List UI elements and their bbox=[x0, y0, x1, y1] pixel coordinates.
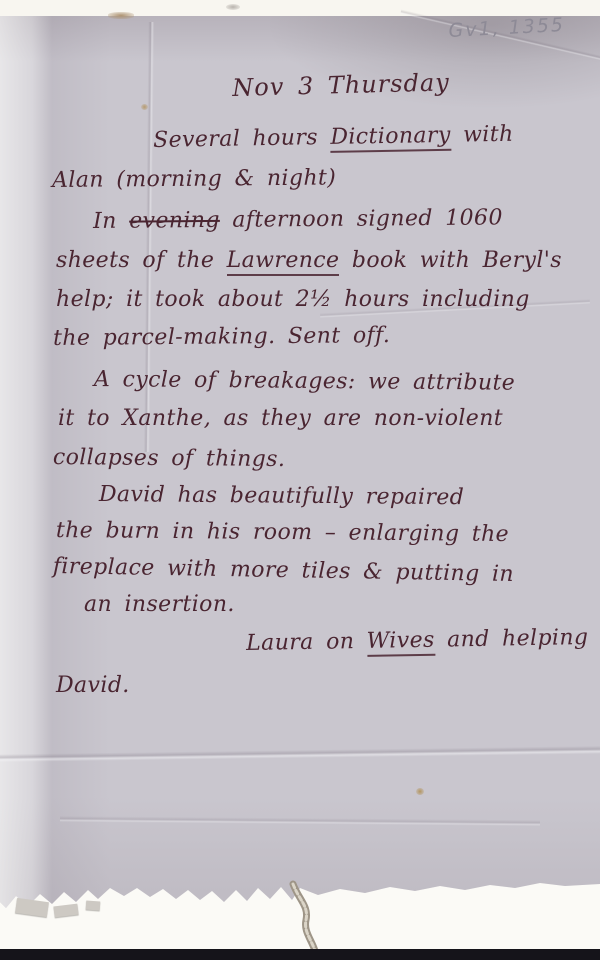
diary-line-4: sheets of the Lawrence book with Beryl's bbox=[56, 250, 562, 272]
line-text: Alan (morning & night) bbox=[52, 166, 336, 193]
line-text: afternoon signed 1060 bbox=[220, 205, 503, 232]
diary-line-10: David has beautifully repaired bbox=[99, 484, 465, 509]
diary-line-11: the burn in his room – enlarging the bbox=[56, 520, 509, 546]
diary-line-6: the parcel-making. Sent off. bbox=[53, 325, 390, 350]
scanner-backing-top bbox=[0, 0, 600, 18]
underlined-word: Lawrence bbox=[227, 248, 340, 276]
line-text: David has beautifully repaired bbox=[99, 482, 465, 510]
line-text: Laura on bbox=[246, 629, 367, 656]
line-text: with bbox=[450, 122, 513, 148]
line-text: In bbox=[93, 209, 129, 234]
line-text: sheets of the bbox=[56, 248, 227, 273]
line-text: the parcel-making. Sent off. bbox=[53, 323, 390, 351]
diary-line-8: it to Xanthe, as they are non-violent bbox=[58, 408, 503, 430]
diary-line-7: A cycle of breakages: we attribute bbox=[94, 369, 515, 395]
diary-line-15: David. bbox=[56, 675, 130, 697]
diary-line-9: collapses of things. bbox=[53, 447, 286, 471]
line-text: Several hours bbox=[153, 125, 331, 153]
torn-paper-fragment bbox=[86, 901, 101, 911]
binding-thread bbox=[275, 862, 345, 960]
diary-line-5: help; it took about 2½ hours including bbox=[56, 289, 530, 311]
struck-out-word: evening bbox=[129, 208, 220, 234]
diary-line-3: In evening afternoon signed 1060 bbox=[93, 207, 503, 233]
line-text: an insertion. bbox=[84, 592, 235, 617]
line-text: David. bbox=[56, 673, 130, 698]
underlined-word: Dictionary bbox=[330, 123, 451, 153]
diary-line-14: Laura on Wives and helping bbox=[246, 627, 589, 655]
date-heading: Nov 3 Thursday bbox=[232, 70, 450, 100]
line-text: help; it took about 2½ hours including bbox=[56, 287, 530, 312]
line-text: A cycle of breakages: we attribute bbox=[94, 367, 515, 396]
line-text: the burn in his room – enlarging the bbox=[56, 518, 509, 547]
line-text: collapses of things. bbox=[53, 445, 286, 472]
diary-line-2: Alan (morning & night) bbox=[52, 168, 336, 192]
scanned-diary-page: Gv1, 1355 Nov 3 Thursday Several hours D… bbox=[0, 0, 600, 960]
line-text: it to Xanthe, as they are non-violent bbox=[58, 406, 503, 431]
diary-line-13: an insertion. bbox=[84, 594, 235, 616]
scanner-black-edge bbox=[0, 949, 600, 960]
line-text: book with Beryl's bbox=[339, 248, 561, 273]
line-text: and helping bbox=[434, 625, 588, 653]
underlined-word: Wives bbox=[366, 628, 434, 657]
